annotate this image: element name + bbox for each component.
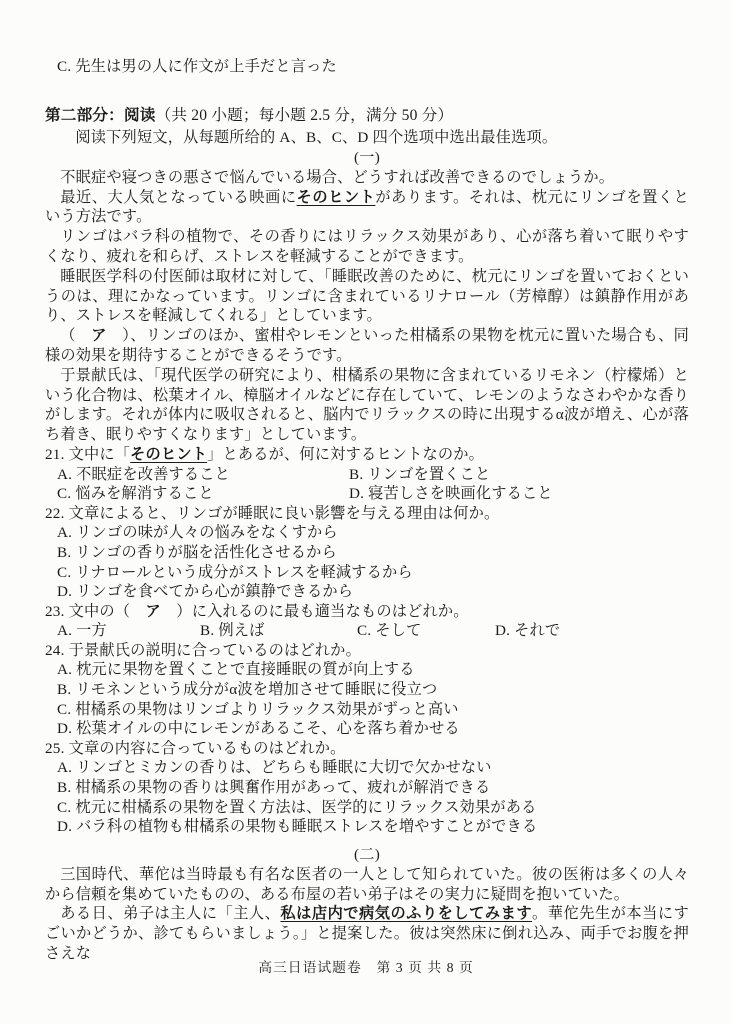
passage1-label: (一)	[45, 148, 689, 168]
passage1-p2-underlined-phrase: そのヒント	[297, 189, 376, 206]
question-21-stem-pre: 文中に「	[69, 446, 131, 463]
question-25-stem: 25. 文章の内容に合っているものはどれか。	[45, 739, 689, 759]
question-23-stem: 23. 文中の（ ア ）に入れるのに最も適当なものはどれか。	[45, 602, 689, 622]
section-heading-score-info: （共 20 小题；每小题 2.5 分，满分 50 分）	[156, 107, 454, 124]
passage2-paragraph-2: ある日、弟子は主人に「主人、私は店内で病気のふりをしてみます。華佗先生が本当にす…	[45, 904, 689, 963]
passage2-p2-underlined-phrase: 私は店内で病気のふりをしてみます	[280, 905, 532, 922]
question-21-option-b: B. リンゴを置くこと	[349, 465, 689, 485]
carryover-option-c: C. 先生は男の人に作文が上手だと言った	[45, 57, 689, 77]
passage1-paragraph-3: リンゴはバラ科の植物で、その香りにはリラックス効果があり、心が落ち着いて眠りやす…	[45, 227, 689, 267]
question-24-option-a: A. 枕元に果物を置くことで直接睡眠の質が向上する	[57, 660, 689, 680]
question-22-option-a: A. リンゴの味が人々の悩みをなくすから	[57, 523, 689, 543]
question-25-stem-text: 文章の内容に合っているものはどれか。	[69, 740, 346, 757]
question-25-options: A. リンゴとミカンの香りは、どちらも睡眠に大切で欠かせない B. 柑橘系の果物…	[45, 758, 689, 836]
question-25: 25. 文章の内容に合っているものはどれか。 A. リンゴとミカンの香りは、どち…	[45, 739, 689, 837]
question-25-option-b: B. 柑橘系の果物の香りは興奮作用があって、疲れが解消できる	[57, 778, 689, 798]
passage2-label: (二)	[45, 845, 689, 865]
question-23: 23. 文中の（ ア ）に入れるのに最も適当なものはどれか。 A. 一方 B. …	[45, 602, 689, 641]
question-25-number: 25.	[45, 740, 65, 757]
question-23-option-c: C. そして	[357, 621, 495, 641]
passage2-paragraph-1: 三国時代、華佗は当時最も有名な医者の一人として知られていた。彼の医術は多くの人々…	[45, 865, 689, 905]
question-21-options: A. 不眠症を改善すること B. リンゴを置くこと C. 悩みを解消すること D…	[45, 465, 689, 504]
question-24: 24. 于景献氏の説明に合っているのはどれか。 A. 枕元に果物を置くことで直接…	[45, 641, 689, 739]
passage1-p2-text: 最近、大人気となっている映画に	[60, 189, 296, 206]
question-23-option-d: D. それで	[495, 621, 689, 641]
passage1-p5-text: （	[60, 327, 91, 344]
question-21-stem: 21. 文中に「そのヒント」とあるが、何に対するヒントなのか。	[45, 445, 689, 465]
passage1-paragraph-5: （ ア ）、リンゴのほか、蜜柑やレモンといった柑橘系の果物を枕元に置いた場合も、…	[45, 326, 689, 366]
passage2-p2-text: ある日、弟子は主人に「主人、	[60, 905, 280, 922]
passage1-paragraph-6: 于景献氏は、「現代医学の研究により、柑橘系の果物に含まれているリモネン（柠檬烯）…	[45, 366, 689, 445]
question-21-stem-post: 」とあるが、何に対するヒントなのか。	[207, 446, 484, 463]
page-footer: 高三日语试题卷 第 3 页 共 8 页	[0, 956, 732, 976]
section-gap	[45, 77, 689, 105]
reading-instructions: 阅读下列短文，从每题所给的 A、B、C、D 四个选项中选出最佳选项。	[45, 127, 689, 148]
question-21-underlined-phrase: そのヒント	[130, 446, 207, 463]
question-24-stem: 24. 于景献氏の説明に合っているのはどれか。	[45, 641, 689, 661]
question-22-stem: 22. 文章によると、リンゴが睡眠に良い影響を与える理由は何か。	[45, 504, 689, 524]
question-22-option-b: B. リンゴの香りが脳を活性化させるから	[57, 543, 689, 563]
question-25-option-c: C. 枕元に柑橘系の果物を置く方法は、医学的にリラックス効果がある	[57, 798, 689, 818]
section-heading-title: 第二部分：阅读	[45, 107, 156, 124]
passage1-p5-blank-katakana: ア	[91, 327, 107, 344]
question-23-number: 23.	[45, 603, 65, 620]
question-21-number: 21.	[45, 446, 65, 463]
question-21: 21. 文中に「そのヒント」とあるが、何に対するヒントなのか。 A. 不眠症を改…	[45, 445, 689, 504]
question-24-option-d: D. 松葉オイルの中にレモンがあるこそ、心を落ち着かせる	[57, 719, 689, 739]
question-24-options: A. 枕元に果物を置くことで直接睡眠の質が向上する B. リモネンという成分がα…	[45, 660, 689, 738]
question-22-stem-text: 文章によると、リンゴが睡眠に良い影響を与える理由は何か。	[69, 505, 500, 522]
question-21-option-c: C. 悩みを解消すること	[57, 484, 349, 504]
question-25-option-d: D. バラ科の植物も柑橘系の果物も睡眠ストレスを増やすことができる	[57, 817, 689, 837]
question-21-option-d: D. 寝苦しさを映画化すること	[349, 484, 689, 504]
question-22: 22. 文章によると、リンゴが睡眠に良い影響を与える理由は何か。 A. リンゴの…	[45, 504, 689, 602]
question-23-blank-katakana: ア	[146, 603, 161, 620]
question-22-option-c: C. リナロールという成分がストレスを軽減するから	[57, 563, 689, 583]
question-24-number: 24.	[45, 642, 65, 659]
passage1-paragraph-2: 最近、大人気となっている映画にそのヒントがあります。それは、枕元にリンゴを置くと…	[45, 188, 689, 228]
exam-page: C. 先生は男の人に作文が上手だと言った 第二部分：阅读（共 20 小题；每小题…	[0, 0, 732, 1024]
question-24-option-b: B. リモネンという成分がα波を増加させて睡眠に役立つ	[57, 680, 689, 700]
passage1-paragraph-4: 睡眠医学科の付医師は取材に対して、「睡眠改善のために、枕元にリンゴを置いておくと…	[45, 267, 689, 326]
page-content: C. 先生は男の人に作文が上手だと言った 第二部分：阅读（共 20 小题；每小题…	[45, 57, 689, 964]
question-22-number: 22.	[45, 505, 65, 522]
section-heading: 第二部分：阅读（共 20 小题；每小题 2.5 分，满分 50 分）	[45, 105, 689, 127]
passage1-paragraph-1: 不眠症や寝つきの悪さで悩んでいる場合、どうすれば改善できるのでしょうか。	[45, 168, 689, 188]
passage1-p5-text-after: ）、リンゴのほか、蜜柑やレモンといった柑橘系の果物を枕元に置いた場合も、同様の効…	[45, 327, 689, 364]
question-22-options: A. リンゴの味が人々の悩みをなくすから B. リンゴの香りが脳を活性化させるか…	[45, 523, 689, 601]
question-23-options: A. 一方 B. 例えば C. そして D. それで	[45, 621, 689, 641]
question-23-option-a: A. 一方	[57, 621, 200, 641]
question-23-stem-post: ）に入れるのに最も適当なものはどれか。	[161, 603, 469, 620]
question-23-option-b: B. 例えば	[200, 621, 357, 641]
question-22-option-d: D. リンゴを食べてから心が鎮静できるから	[57, 582, 689, 602]
question-25-option-a: A. リンゴとミカンの香りは、どちらも睡眠に大切で欠かせない	[57, 758, 689, 778]
question-23-stem-pre: 文中の（	[69, 603, 146, 620]
question-24-stem-text: 于景献氏の説明に合っているのはどれか。	[69, 642, 361, 659]
question-21-option-a: A. 不眠症を改善すること	[57, 465, 349, 485]
question-24-option-c: C. 柑橘系の果物はリンゴよりリラックス効果がずっと高い	[57, 700, 689, 720]
